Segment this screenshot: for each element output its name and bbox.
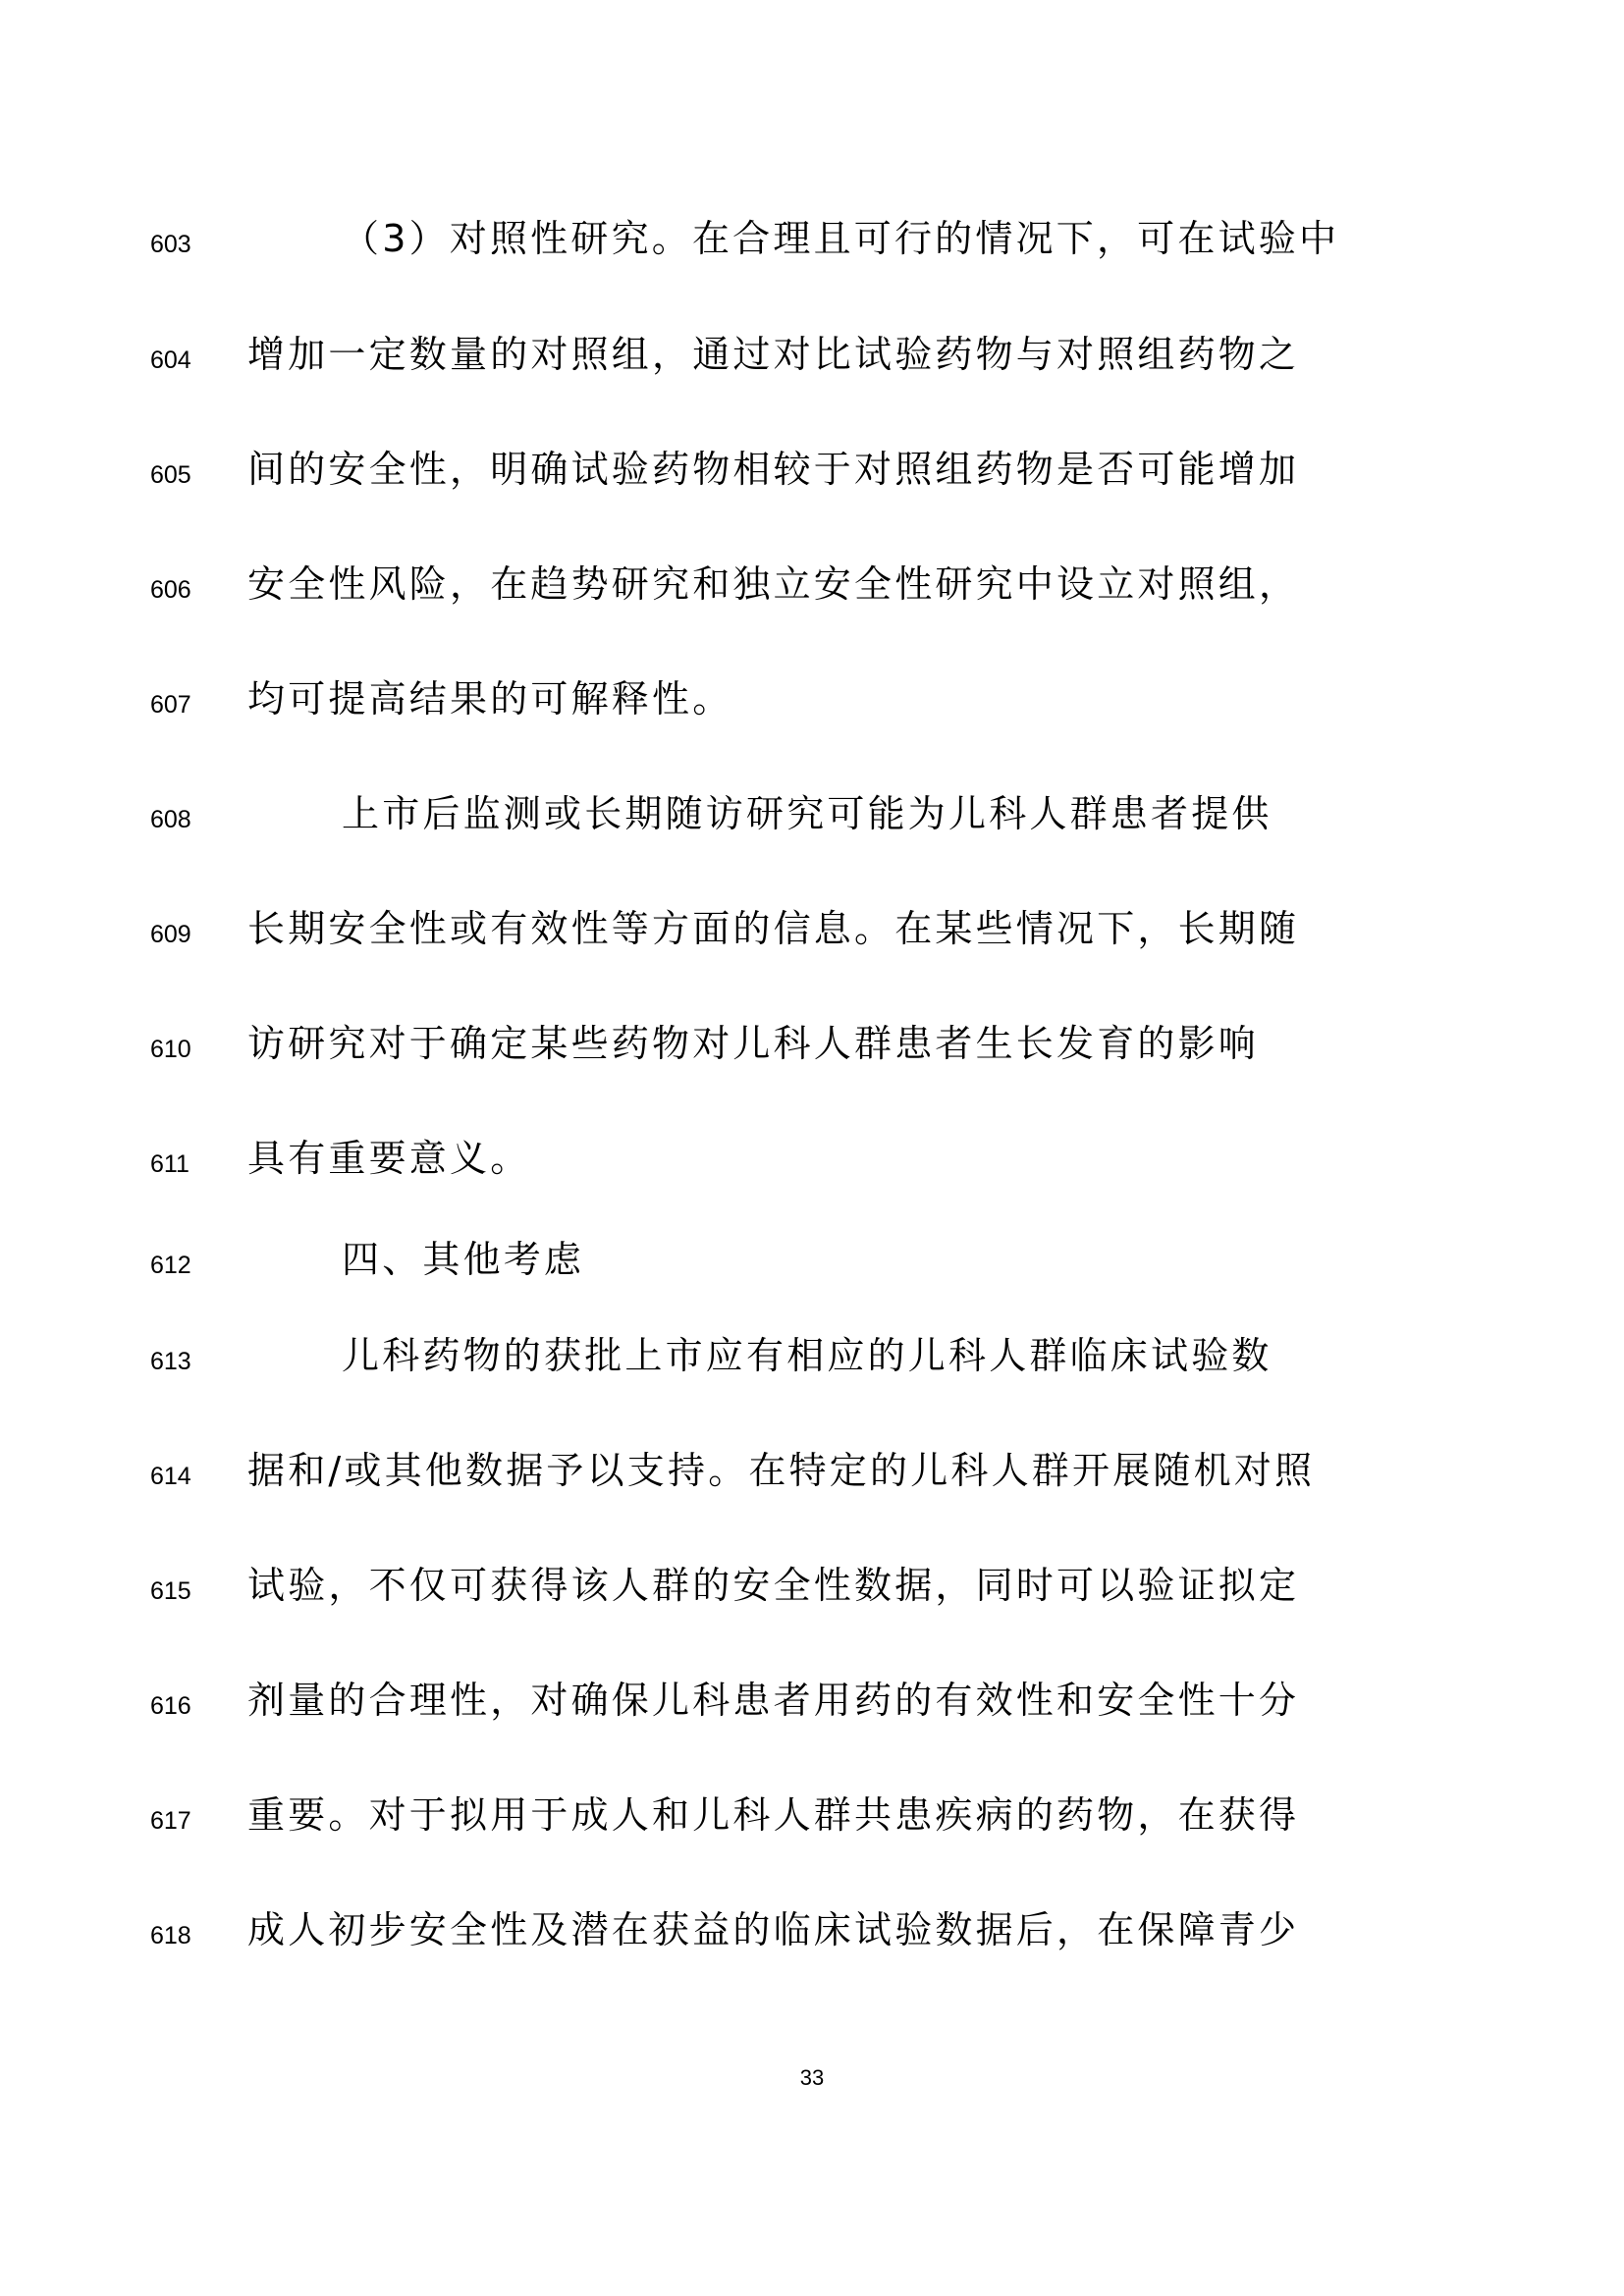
line-text: （3）对照性研究。在合理且可行的情况下，可在试验中 bbox=[342, 215, 1339, 262]
text-line: 613儿科药物的获批上市应有相应的儿科人群临床试验数 bbox=[0, 1328, 1624, 1387]
line-number: 603 bbox=[150, 231, 191, 259]
section-heading: 四、其他考虑 bbox=[342, 1236, 584, 1283]
line-number: 615 bbox=[150, 1577, 191, 1606]
line-number: 606 bbox=[150, 576, 191, 605]
line-number: 608 bbox=[150, 806, 191, 834]
line-text: 长期安全性或有效性等方面的信息。在某些情况下，长期随 bbox=[247, 905, 1299, 952]
line-text: 剂量的合理性，对确保儿科患者用药的有效性和安全性十分 bbox=[247, 1677, 1299, 1724]
line-number: 609 bbox=[150, 921, 191, 949]
line-text: 据和/或其他数据予以支持。在特定的儿科人群开展随机对照 bbox=[247, 1447, 1315, 1494]
section-heading-line: 612四、其他考虑 bbox=[0, 1232, 1624, 1291]
line-text: 间的安全性，明确试验药物相较于对照组药物是否可能增加 bbox=[247, 446, 1299, 493]
line-text: 安全性风险，在趋势研究和独立安全性研究中设立对照组， bbox=[247, 561, 1299, 608]
text-line: 614据和/或其他数据予以支持。在特定的儿科人群开展随机对照 bbox=[0, 1443, 1624, 1502]
line-number: 616 bbox=[150, 1692, 191, 1721]
line-text: 试验，不仅可获得该人群的安全性数据，同时可以验证拟定 bbox=[247, 1562, 1299, 1609]
text-line: 606安全性风险，在趋势研究和独立安全性研究中设立对照组， bbox=[0, 557, 1624, 615]
line-text: 均可提高结果的可解释性。 bbox=[247, 675, 732, 722]
text-line: 615试验，不仅可获得该人群的安全性数据，同时可以验证拟定 bbox=[0, 1558, 1624, 1617]
page-number: 33 bbox=[0, 2065, 1624, 2091]
line-text: 访研究对于确定某些药物对儿科人群患者生长发育的影响 bbox=[247, 1020, 1259, 1067]
text-line: 605间的安全性，明确试验药物相较于对照组药物是否可能增加 bbox=[0, 442, 1624, 501]
text-line: 611具有重要意义。 bbox=[0, 1131, 1624, 1190]
line-number: 611 bbox=[150, 1150, 189, 1179]
text-line: 610访研究对于确定某些药物对儿科人群患者生长发育的影响 bbox=[0, 1016, 1624, 1075]
line-number: 617 bbox=[150, 1807, 191, 1836]
line-number: 613 bbox=[150, 1348, 191, 1376]
line-text: 成人初步安全性及潜在获益的临床试验数据后，在保障青少 bbox=[247, 1906, 1299, 1953]
text-line: 609长期安全性或有效性等方面的信息。在某些情况下，长期随 bbox=[0, 901, 1624, 960]
text-line: 616剂量的合理性，对确保儿科患者用药的有效性和安全性十分 bbox=[0, 1673, 1624, 1732]
line-text: 儿科药物的获批上市应有相应的儿科人群临床试验数 bbox=[342, 1332, 1272, 1379]
line-number: 610 bbox=[150, 1036, 191, 1064]
text-line: 607均可提高结果的可解释性。 bbox=[0, 671, 1624, 730]
text-line: 618成人初步安全性及潜在获益的临床试验数据后，在保障青少 bbox=[0, 1902, 1624, 1961]
line-number: 604 bbox=[150, 347, 191, 375]
line-number: 618 bbox=[150, 1922, 191, 1950]
text-line: 617重要。对于拟用于成人和儿科人群共患疾病的药物，在获得 bbox=[0, 1788, 1624, 1846]
text-line: 608上市后监测或长期随访研究可能为儿科人群患者提供 bbox=[0, 786, 1624, 845]
line-number: 614 bbox=[150, 1463, 191, 1491]
line-text: 增加一定数量的对照组，通过对比试验药物与对照组药物之 bbox=[247, 331, 1299, 378]
line-text: 上市后监测或长期随访研究可能为儿科人群患者提供 bbox=[342, 790, 1272, 837]
line-number: 605 bbox=[150, 461, 191, 490]
text-line: 604增加一定数量的对照组，通过对比试验药物与对照组药物之 bbox=[0, 327, 1624, 386]
line-text: 重要。对于拟用于成人和儿科人群共患疾病的药物，在获得 bbox=[247, 1791, 1299, 1839]
line-number: 607 bbox=[150, 691, 191, 720]
line-text: 具有重要意义。 bbox=[247, 1135, 530, 1182]
line-number: 612 bbox=[150, 1252, 191, 1280]
text-line: 603（3）对照性研究。在合理且可行的情况下，可在试验中 bbox=[0, 211, 1624, 270]
